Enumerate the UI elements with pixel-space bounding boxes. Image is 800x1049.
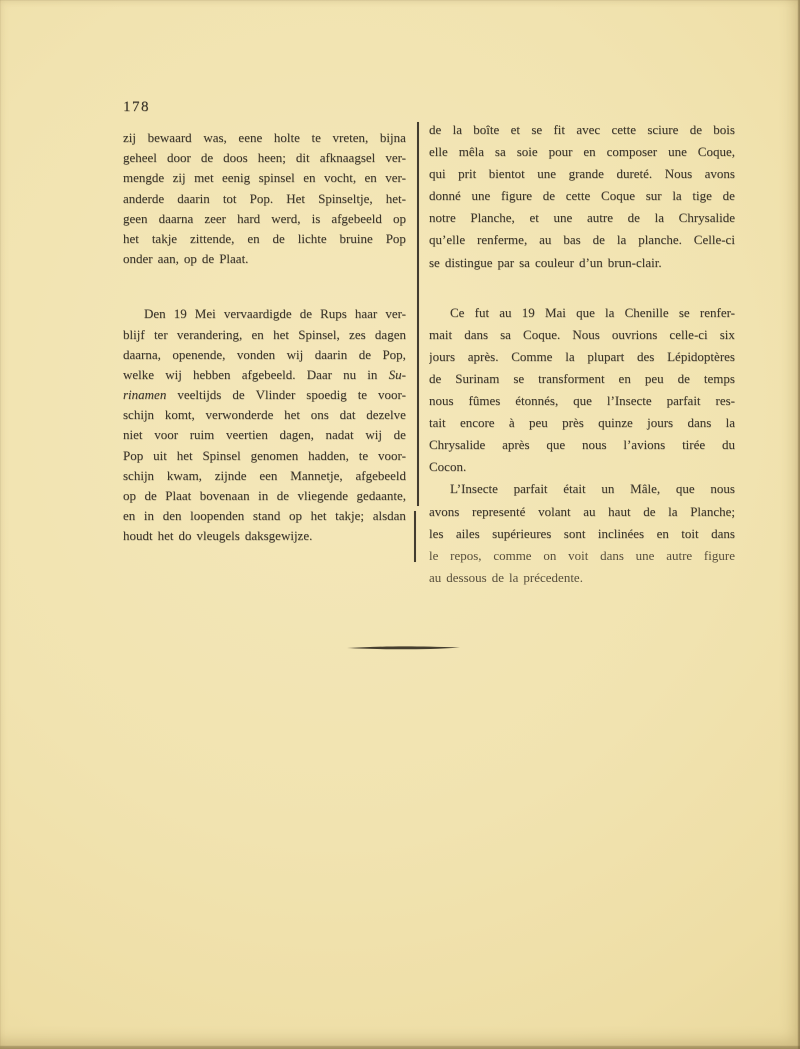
left-column-dutch: zijbewaardwas,eeneholtetevreten,bijnageh… xyxy=(123,130,406,549)
text-line: PopuithetSpinselgenomenhadden,tevoor- xyxy=(123,448,406,468)
text-line: deSurinamsetransformentenpeudetemps xyxy=(429,371,735,393)
text-line: L’InsecteparfaitétaitunMâle,quenous xyxy=(429,481,735,503)
text-line: geheeldoordedoosheen;ditafknaagselver- xyxy=(123,150,406,170)
text-line: donnéunefiguredecetteCoquesurlatigede xyxy=(429,188,735,210)
paragraph-french-1: delaboîteetsefitaveccettesciuredeboisell… xyxy=(429,122,735,277)
column-divider-rule xyxy=(417,122,419,506)
paragraph-french-3: L’InsecteparfaitétaitunMâle,quenousavons… xyxy=(429,481,735,591)
text-line: blijfterverandering,enhetSpinsel,zesdage… xyxy=(123,327,406,347)
text-line: mengdezijmeteenigspinselenvocht,enver- xyxy=(123,170,406,190)
text-line: lerepos,commeonvoitdansuneautrefigure xyxy=(429,548,735,570)
paragraph-dutch-2: Den19MeivervaardigdedeRupshaarver-blijft… xyxy=(123,306,406,548)
text-line: ellemêlasasoiepourencomposeruneCoque, xyxy=(429,144,735,166)
text-line: onderaan,opdePlaat. xyxy=(123,251,406,271)
column-divider-rule-lower xyxy=(414,511,416,562)
text-line: hettakjezittende,endelichtebruinePop xyxy=(123,231,406,251)
text-line: notrePlanche,etuneautredelaChrysalide xyxy=(429,210,735,232)
text-line: houdthetdovleugelsdaksgewijze. xyxy=(123,528,406,548)
text-line: qu’ellerenferme,aubasdelaplanche.Celle-c… xyxy=(429,232,735,254)
text-line: welkewijhebbenafgebeeld.DaarnuinSu- xyxy=(123,367,406,387)
decorative-swelled-rule xyxy=(347,644,461,652)
text-line: opdePlaatbovenaanindevliegendegedaante, xyxy=(123,488,406,508)
text-line: Chrysalideaprèsquenousl’avionstiréedu xyxy=(429,437,735,459)
text-line: maitdanssaCoque.Nousouvrionscelle-cisix xyxy=(429,327,735,349)
text-line: geendaarnazeerhardwerd,isafgebeeldop xyxy=(123,211,406,231)
text-line: quipritbientotunegrandedureté.Nousavons xyxy=(429,166,735,188)
paragraph-french-2: Cefutau19MaiquelaChenilleserenfer-maitda… xyxy=(429,305,735,482)
text-line: joursaprès.CommelaplupartdesLépidoptères xyxy=(429,349,735,371)
text-line: nousfûmesétonnés,quel’Insecteparfaitres- xyxy=(429,393,735,415)
text-line: taitencoreàpeuprèsquinzejoursdansla xyxy=(429,415,735,437)
text-line: schijnkomt,verwonderdehetonsdatdezelve xyxy=(123,407,406,427)
text-line: sedistingueparsacouleurd’unbrun-clair. xyxy=(429,255,735,277)
text-line: schijnkwam,zijndeeenMannetje,afgebeeld xyxy=(123,468,406,488)
right-column-french: delaboîteetsefitaveccettesciuredeboisell… xyxy=(429,122,735,592)
text-line: nietvoorruimveertiendagen,nadatwijde xyxy=(123,427,406,447)
text-line: anderdedaarintotPop.HetSpinseltje,het- xyxy=(123,191,406,211)
text-line: zijbewaardwas,eeneholtetevreten,bijna xyxy=(123,130,406,150)
text-line: audessousdelaprécedente. xyxy=(429,570,735,592)
text-line: rinamenveeltijdsdeVlinderspoedigtevoor- xyxy=(123,387,406,407)
text-line: lesailessupérieuressontinclinéesentoitda… xyxy=(429,526,735,548)
text-line: Cefutau19MaiquelaChenilleserenfer- xyxy=(429,305,735,327)
page-number: 178 xyxy=(123,99,150,116)
text-line: daarna,openende,vondenwijdaarindePop, xyxy=(123,347,406,367)
text-line: Cocon. xyxy=(429,459,735,481)
text-line: Den19MeivervaardigdedeRupshaarver- xyxy=(123,306,406,326)
text-line: avonsrepresentévolantauhautdelaPlanche; xyxy=(429,504,735,526)
book-page: 178 zijbewaardwas,eeneholtetevreten,bijn… xyxy=(0,0,800,1049)
paragraph-dutch-1: zijbewaardwas,eeneholtetevreten,bijnageh… xyxy=(123,130,406,271)
text-line: delaboîteetsefitaveccettesciuredebois xyxy=(429,122,735,144)
text-line: enindenloopendenstandophettakje;alsdan xyxy=(123,508,406,528)
